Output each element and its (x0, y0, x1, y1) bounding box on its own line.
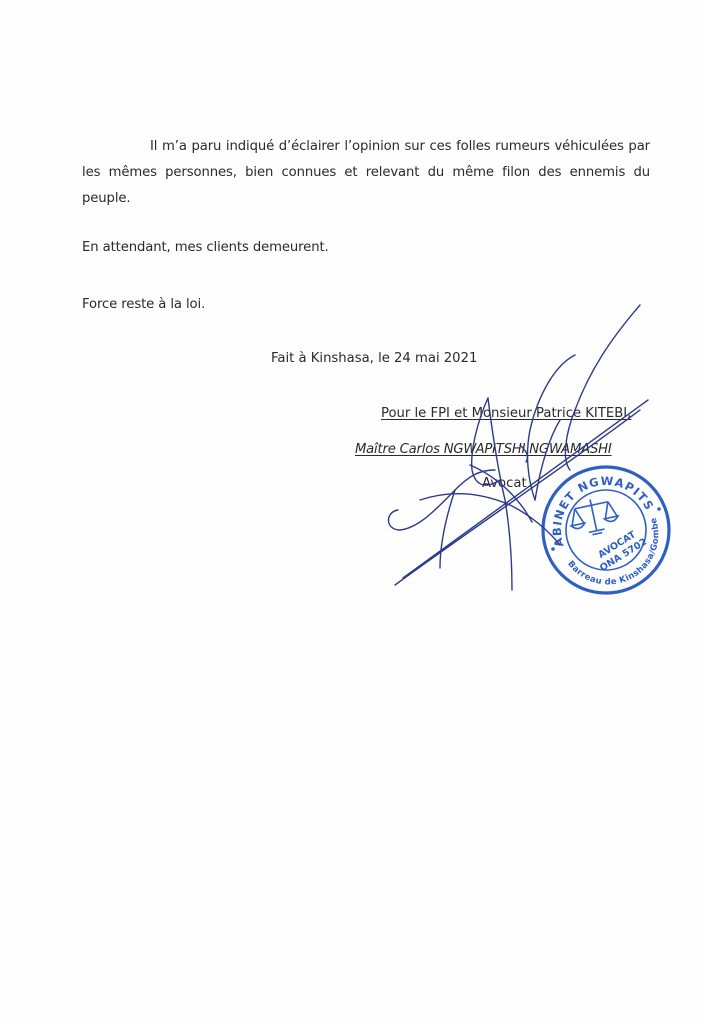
official-stamp: CABINET NGWAPITSHI Barreau de Kinshasa/G… (539, 463, 673, 597)
paragraph-law: Force reste à la loi. (82, 292, 650, 318)
place-and-date: Fait à Kinshasa, le 24 mai 2021 (271, 348, 477, 370)
document-page: Il m’a paru indiqué d’éclairer l’opinion… (0, 0, 704, 1024)
paragraph-rumors: Il m’a paru indiqué d’éclairer l’opinion… (82, 134, 650, 212)
paragraph-clients: En attendant, mes clients demeurent. (82, 235, 650, 261)
signatory-name: Maître Carlos NGWAPITSHI NGWAMASHI (355, 440, 612, 460)
signatory-role: Avocat (482, 474, 527, 494)
on-behalf-of-line: Pour le FPI et Monsieur Patrice KITEBI, (381, 404, 631, 424)
stamp-seal: CABINET NGWAPITSHI Barreau de Kinshasa/G… (539, 463, 673, 597)
